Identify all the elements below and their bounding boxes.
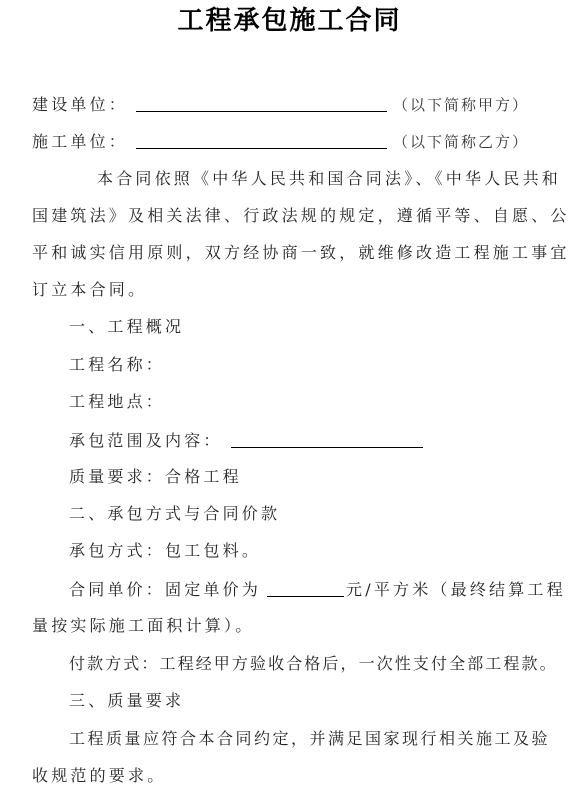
project-location-label: 工程地点： bbox=[69, 392, 165, 411]
quality-label: 质量要求： bbox=[69, 467, 165, 486]
contract-method-row: 承包方式：包工包料。 bbox=[69, 540, 261, 562]
party-b-label: 施工单位： bbox=[32, 132, 128, 151]
quality-req-line-1: 工程质量应符合本合同约定，并满足国家现行相关施工及验 bbox=[69, 728, 550, 750]
document-title: 工程承包施工合同 bbox=[0, 4, 579, 38]
party-b-input[interactable] bbox=[136, 132, 387, 149]
party-b-row: 施工单位：（以下简称乙方） bbox=[32, 130, 529, 153]
unit-price-line-2: 量按实际施工面积计算）。 bbox=[32, 615, 254, 637]
method-label: 承包方式： bbox=[69, 541, 165, 560]
payment-method-row: 付款方式：工程经甲方验收合格后，一次性支付全部工程款。 bbox=[69, 653, 558, 675]
unit-price-row: 合同单价：固定单价为元/平方米（最终结算工程 bbox=[69, 578, 566, 601]
scope-row: 承包范围及内容： bbox=[69, 429, 423, 452]
section-1-heading: 一、工程概况 bbox=[69, 316, 184, 338]
scope-label: 承包范围及内容： bbox=[69, 431, 223, 450]
party-a-row: 建设单位：（以下简称甲方） bbox=[32, 93, 529, 116]
section-3-heading: 三、质量要求 bbox=[69, 690, 184, 712]
price-label: 合同单价： bbox=[69, 580, 165, 599]
preamble-line-3: 平和诚实信用原则，双方经协商一致，就维修改造工程施工事宜 bbox=[32, 242, 570, 264]
party-a-input[interactable] bbox=[136, 95, 387, 112]
preamble-line-4: 订立本合同。 bbox=[32, 279, 147, 301]
project-name-row: 工程名称： bbox=[69, 354, 165, 376]
party-a-label: 建设单位： bbox=[32, 95, 128, 114]
price-unit: 元/平方米（最终结算工程 bbox=[346, 580, 566, 599]
party-b-suffix: （以下简称乙方） bbox=[393, 133, 529, 151]
price-prefix: 固定单价为 bbox=[165, 580, 261, 599]
unit-price-input[interactable] bbox=[267, 580, 344, 597]
method-value: 包工包料。 bbox=[165, 541, 261, 560]
preamble-line-1: 本合同依照《中华人民共和国合同法》、《中华人民共和 bbox=[97, 168, 561, 190]
project-location-row: 工程地点： bbox=[69, 391, 165, 413]
scope-input[interactable] bbox=[231, 431, 423, 448]
preamble-line-2: 国建筑法》及相关法律、行政法规的规定，遵循平等、自愿、公 bbox=[32, 205, 570, 227]
quality-row: 质量要求：合格工程 bbox=[69, 466, 242, 488]
project-name-label: 工程名称： bbox=[69, 355, 165, 374]
party-a-suffix: （以下简称甲方） bbox=[393, 96, 529, 114]
quality-req-line-2: 收规范的要求。 bbox=[32, 765, 166, 787]
quality-value: 合格工程 bbox=[165, 467, 242, 486]
section-2-heading: 二、承包方式与合同价款 bbox=[69, 503, 280, 525]
